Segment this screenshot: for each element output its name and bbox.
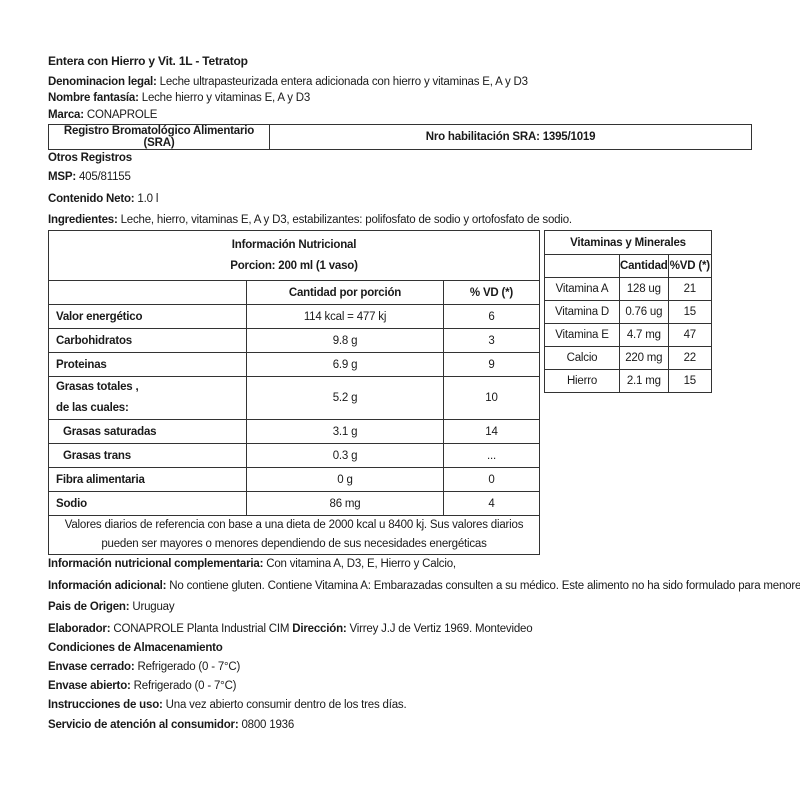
envase-cerrado: Envase cerrado: Refrigerado (0 - 7°C) (48, 661, 240, 673)
field-value: CONAPROLE (84, 109, 157, 121)
field-value: CONAPROLE Planta Industrial CIM (110, 623, 292, 635)
field-value: 0800 1936 (238, 719, 294, 731)
nutrient-vd: 4 (444, 492, 540, 516)
denominacion-legal: Denominacion legal: Leche ultrapasteuriz… (48, 76, 528, 88)
field-value: Refrigerado (0 - 7°C) (131, 680, 237, 692)
nutrient-name-line2: de las cuales: (56, 402, 129, 414)
table-row: Vitamina A128 ug21 (545, 278, 712, 301)
nutrition-footnote: Valores diarios de referencia con base a… (49, 516, 540, 555)
nutrient-vd: ... (444, 444, 540, 468)
vitamin-name: Vitamina D (545, 301, 620, 324)
sra-table: Registro Bromatológico Alimentario (SRA)… (48, 124, 752, 150)
msp: MSP: 405/81155 (48, 171, 131, 183)
vitamin-name: Hierro (545, 370, 620, 393)
envase-abierto: Envase abierto: Refrigerado (0 - 7°C) (48, 680, 236, 692)
ingredientes: Ingredientes: Leche, hierro, vitaminas E… (48, 214, 572, 226)
table-row: Fibra alimentaria 0 g 0 (49, 468, 540, 492)
field-label: Pais de Origen: (48, 601, 129, 613)
field-label: Nombre fantasía: (48, 92, 139, 104)
field-value: 405/81155 (76, 171, 131, 183)
field-value: Con vitamina A, D3, E, Hierro y Calcio, (263, 558, 456, 570)
contenido-neto: Contenido Neto: 1.0 l (48, 193, 158, 205)
table-row: Grasas totales ,de las cuales: 5.2 g 10 (49, 377, 540, 420)
table-row: Proteinas 6.9 g 9 (49, 353, 540, 377)
info-adicional: Información adicional: No contiene glute… (48, 580, 800, 592)
nutrient-vd: 9 (444, 353, 540, 377)
nutrient-vd: 14 (444, 420, 540, 444)
vitamin-vd: 15 (668, 370, 711, 393)
field-label: Instrucciones de uso: (48, 699, 163, 711)
instrucciones-uso: Instrucciones de uso: Una vez abierto co… (48, 699, 406, 711)
field-value: Leche ultrapasteurizada entera adicionad… (157, 76, 528, 88)
field-label: Envase abierto: (48, 680, 131, 692)
vitamin-amount: 0.76 ug (620, 301, 669, 324)
info-complementaria: Información nutricional complementaria: … (48, 558, 456, 570)
field-label: Ingredientes: (48, 214, 118, 226)
nutrient-amount: 0 g (247, 468, 444, 492)
field-value: Una vez abierto consumir dentro de los t… (163, 699, 407, 711)
nutrient-vd: 6 (444, 305, 540, 329)
vit-header-vd: %VD (*) (668, 255, 711, 278)
field-value: No contiene gluten. Contiene Vitamina A:… (166, 580, 800, 592)
vitamin-vd: 47 (668, 324, 711, 347)
field-label: Denominacion legal: (48, 76, 157, 88)
nutrient-amount: 114 kcal = 477 kj (247, 305, 444, 329)
product-title: Entera con Hierro y Vit. 1L - Tetratop (48, 54, 248, 68)
nutrient-amount: 86 mg (247, 492, 444, 516)
table-row: Vitamina E4.7 mg47 (545, 324, 712, 347)
field-label: Dirección: (292, 623, 346, 635)
nutrient-name: Grasas totales ,de las cuales: (49, 377, 247, 420)
vitamin-name: Vitamina E (545, 324, 620, 347)
field-label: Contenido Neto: (48, 193, 134, 205)
field-value: Virrey J.J de Vertiz 1969. Montevideo (347, 623, 533, 635)
field-label: Información adicional: (48, 580, 166, 592)
otros-registros-heading: Otros Registros (48, 152, 132, 164)
vit-header-amount: Cantidad (620, 255, 669, 278)
field-label: Información nutricional complementaria: (48, 558, 263, 570)
vitamin-vd: 22 (668, 347, 711, 370)
vitamins-table: Vitaminas y Minerales Cantidad %VD (*) V… (544, 230, 712, 393)
nutrient-name: Sodio (49, 492, 247, 516)
nombre-fantasia: Nombre fantasía: Leche hierro y vitamina… (48, 92, 310, 104)
nutrient-vd: 3 (444, 329, 540, 353)
field-label: Marca: (48, 109, 84, 121)
table-row: Calcio220 mg22 (545, 347, 712, 370)
sra-label: Registro Bromatológico Alimentario (SRA) (49, 125, 270, 150)
header-amount: Cantidad por porción (247, 281, 444, 305)
field-value: Leche, hierro, vitaminas E, A y D3, esta… (118, 214, 572, 226)
pais-origen: Pais de Origen: Uruguay (48, 601, 174, 613)
field-value: Uruguay (129, 601, 174, 613)
nutrition-title: Información NutricionalPorcion: 200 ml (… (49, 231, 540, 281)
nutrient-name: Fibra alimentaria (49, 468, 247, 492)
elaborador: Elaborador: CONAPROLE Planta Industrial … (48, 623, 532, 635)
field-label: Servicio de atención al consumidor: (48, 719, 238, 731)
nutrition-portion: Porcion: 200 ml (1 vaso) (230, 260, 358, 272)
vitamin-amount: 4.7 mg (620, 324, 669, 347)
table-row: Carbohidratos 9.8 g 3 (49, 329, 540, 353)
vitamin-amount: 128 ug (620, 278, 669, 301)
vitamin-vd: 21 (668, 278, 711, 301)
nutrient-name-line1: Grasas totales , (56, 381, 138, 393)
servicio-consumidor: Servicio de atención al consumidor: 0800… (48, 719, 294, 731)
field-label: Envase cerrado: (48, 661, 135, 673)
nutrient-amount: 3.1 g (247, 420, 444, 444)
nutrition-table: Información NutricionalPorcion: 200 ml (… (48, 230, 540, 555)
nutrient-name: Valor energético (49, 305, 247, 329)
table-row: Valor energético 114 kcal = 477 kj 6 (49, 305, 540, 329)
field-label: Elaborador: (48, 623, 110, 635)
header-blank (49, 281, 247, 305)
vitamin-amount: 2.1 mg (620, 370, 669, 393)
vitamin-vd: 15 (668, 301, 711, 324)
nutrient-name: Grasas saturadas (49, 420, 247, 444)
vitamin-amount: 220 mg (620, 347, 669, 370)
table-row: Hierro2.1 mg15 (545, 370, 712, 393)
table-row: Grasas saturadas 3.1 g 14 (49, 420, 540, 444)
nutrient-name: Carbohidratos (49, 329, 247, 353)
nutrient-name: Grasas trans (49, 444, 247, 468)
field-label: MSP: (48, 171, 76, 183)
nutrient-vd: 0 (444, 468, 540, 492)
vitamin-name: Calcio (545, 347, 620, 370)
nutrient-amount: 0.3 g (247, 444, 444, 468)
vitamins-title: Vitaminas y Minerales (545, 231, 712, 255)
nutrient-amount: 9.8 g (247, 329, 444, 353)
field-value: 1.0 l (134, 193, 158, 205)
vit-header-blank (545, 255, 620, 278)
field-value: Refrigerado (0 - 7°C) (135, 661, 241, 673)
nutrient-amount: 5.2 g (247, 377, 444, 420)
nutrition-title-text: Información Nutricional (232, 239, 356, 251)
table-row: Grasas trans 0.3 g ... (49, 444, 540, 468)
header-vd: % VD (*) (444, 281, 540, 305)
storage-heading: Condiciones de Almacenamiento (48, 642, 223, 654)
field-value: Leche hierro y vitaminas E, A y D3 (139, 92, 310, 104)
vitamin-name: Vitamina A (545, 278, 620, 301)
sra-number: Nro habilitación SRA: 1395/1019 (270, 125, 752, 150)
marca: Marca: CONAPROLE (48, 109, 157, 121)
nutrient-vd: 10 (444, 377, 540, 420)
nutrient-amount: 6.9 g (247, 353, 444, 377)
table-row: Sodio 86 mg 4 (49, 492, 540, 516)
nutrient-name: Proteinas (49, 353, 247, 377)
table-row: Vitamina D0.76 ug15 (545, 301, 712, 324)
